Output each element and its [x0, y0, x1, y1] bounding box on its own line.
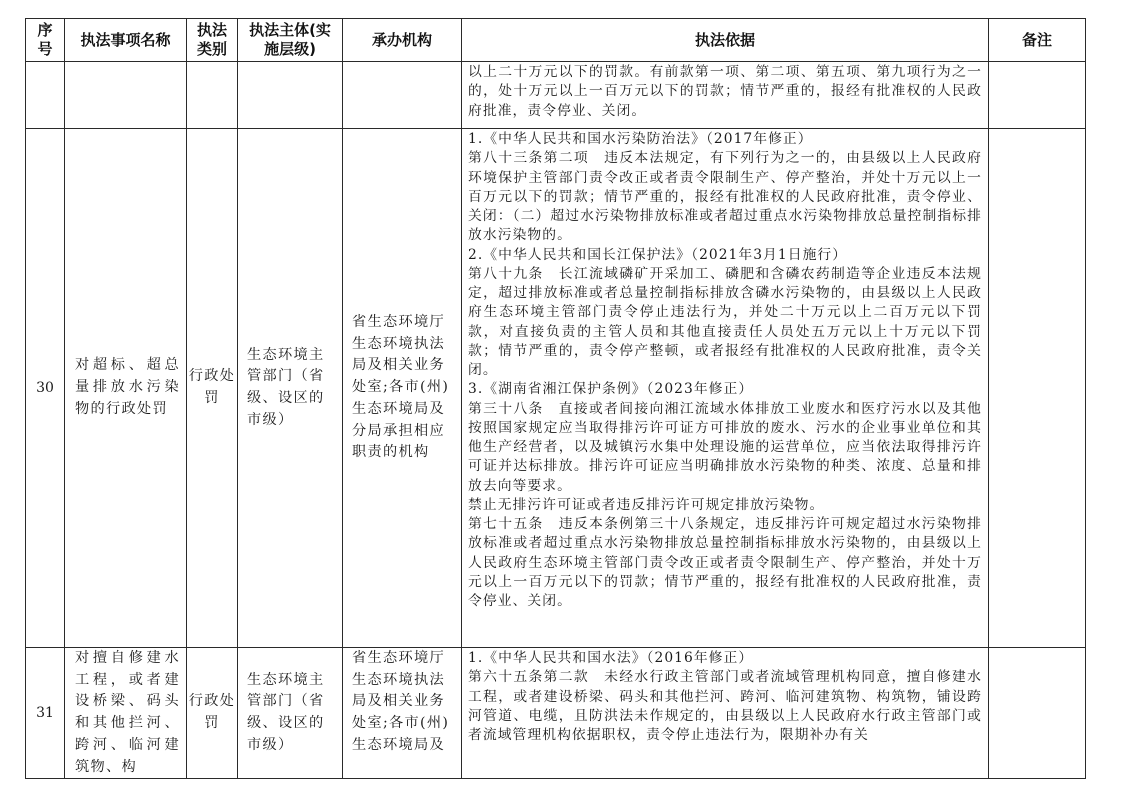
cell-subject [238, 62, 343, 129]
cell-org: 省生态环境厅生态环境执法局及相关业务处室;各市(州)生态环境局及 [343, 648, 462, 779]
cell-note [989, 62, 1086, 129]
basis-article: 禁止无排污许可证或者违反排污许可规定排放污染物。 [468, 496, 982, 515]
header-note: 备注 [989, 19, 1086, 62]
cell-org: 省生态环境厅生态环境执法局及相关业务处室;各市(州)生态环境局及分局承担相应职责… [343, 129, 462, 648]
cell-type: 行政处罚 [187, 129, 238, 648]
basis-article: 第八十三条第二项 违反本法规定，有下列行为之一的，由县级以上人民政府环境保护主管… [468, 149, 982, 245]
basis-article: 第三十八条 直接或者间接向湘江流域水体排放工业废水和医疗污水以及其他按照国家规定… [468, 400, 982, 496]
cell-seq [26, 62, 65, 129]
cell-basis: 1.《中华人民共和国水污染防治法》（2017年修正） 第八十三条第二项 违反本法… [462, 129, 989, 648]
table-row-continued: 以上二十万元以下的罚款。有前款第一项、第二项、第五项、第九项行为之一的，处十万元… [26, 62, 1086, 129]
cell-item-name [65, 62, 187, 129]
cell-seq: 31 [26, 648, 65, 779]
header-row: 序号 执法事项名称 执法类别 执法主体(实施层级) 承办机构 执法依据 备注 [26, 19, 1086, 62]
basis-paragraph: 以上二十万元以下的罚款。有前款第一项、第二项、第五项、第九项行为之一的，处十万元… [468, 63, 982, 121]
cell-seq: 30 [26, 129, 65, 648]
basis-law-title: 1.《中华人民共和国水污染防治法》（2017年修正） [468, 130, 982, 149]
basis-article: 第六十五条第二款 未经水行政主管部门或者流域管理机构同意，擅自修建水工程，或者建… [468, 668, 982, 745]
header-seq: 序号 [26, 19, 65, 62]
header-subject: 执法主体(实施层级) [238, 19, 343, 62]
cell-subject: 生态环境主管部门（省级、设区的市级） [238, 129, 343, 648]
basis-article: 第八十九条 长江流域磷矿开采加工、磷肥和含磷农药制造等企业违反本法规定，超过排放… [468, 265, 982, 381]
table-row-31: 31 对擅自修建水工程，或者建设桥梁、码头和其他拦河、跨河、临河建筑物、构 行政… [26, 648, 1086, 779]
basis-law-title: 2.《中华人民共和国长江保护法》（2021年3月1日施行） [468, 246, 982, 265]
header-type: 执法类别 [187, 19, 238, 62]
enforcement-items-table: 序号 执法事项名称 执法类别 执法主体(实施层级) 承办机构 执法依据 备注 以… [25, 18, 1086, 779]
header-org: 承办机构 [343, 19, 462, 62]
cell-type [187, 62, 238, 129]
header-basis: 执法依据 [462, 19, 989, 62]
table-row-30: 30 对超标、超总量排放水污染物的行政处罚 行政处罚 生态环境主管部门（省级、设… [26, 129, 1086, 648]
basis-law-title: 1.《中华人民共和国水法》（2016年修正） [468, 649, 982, 668]
basis-article: 第七十五条 违反本条例第三十八条规定，违反排污许可规定超过水污染物排放标准或者超… [468, 515, 982, 611]
cell-item-name: 对擅自修建水工程，或者建设桥梁、码头和其他拦河、跨河、临河建筑物、构 [65, 648, 187, 779]
cell-basis: 1.《中华人民共和国水法》（2016年修正） 第六十五条第二款 未经水行政主管部… [462, 648, 989, 779]
cell-basis: 以上二十万元以下的罚款。有前款第一项、第二项、第五项、第九项行为之一的，处十万元… [462, 62, 989, 129]
cell-note [989, 129, 1086, 648]
cell-org [343, 62, 462, 129]
cell-type: 行政处罚 [187, 648, 238, 779]
cell-subject: 生态环境主管部门（省级、设区的市级） [238, 648, 343, 779]
header-item-name: 执法事项名称 [65, 19, 187, 62]
cell-note [989, 648, 1086, 779]
cell-item-name: 对超标、超总量排放水污染物的行政处罚 [65, 129, 187, 648]
basis-law-title: 3.《湖南省湘江保护条例》（2023年修正） [468, 380, 982, 399]
